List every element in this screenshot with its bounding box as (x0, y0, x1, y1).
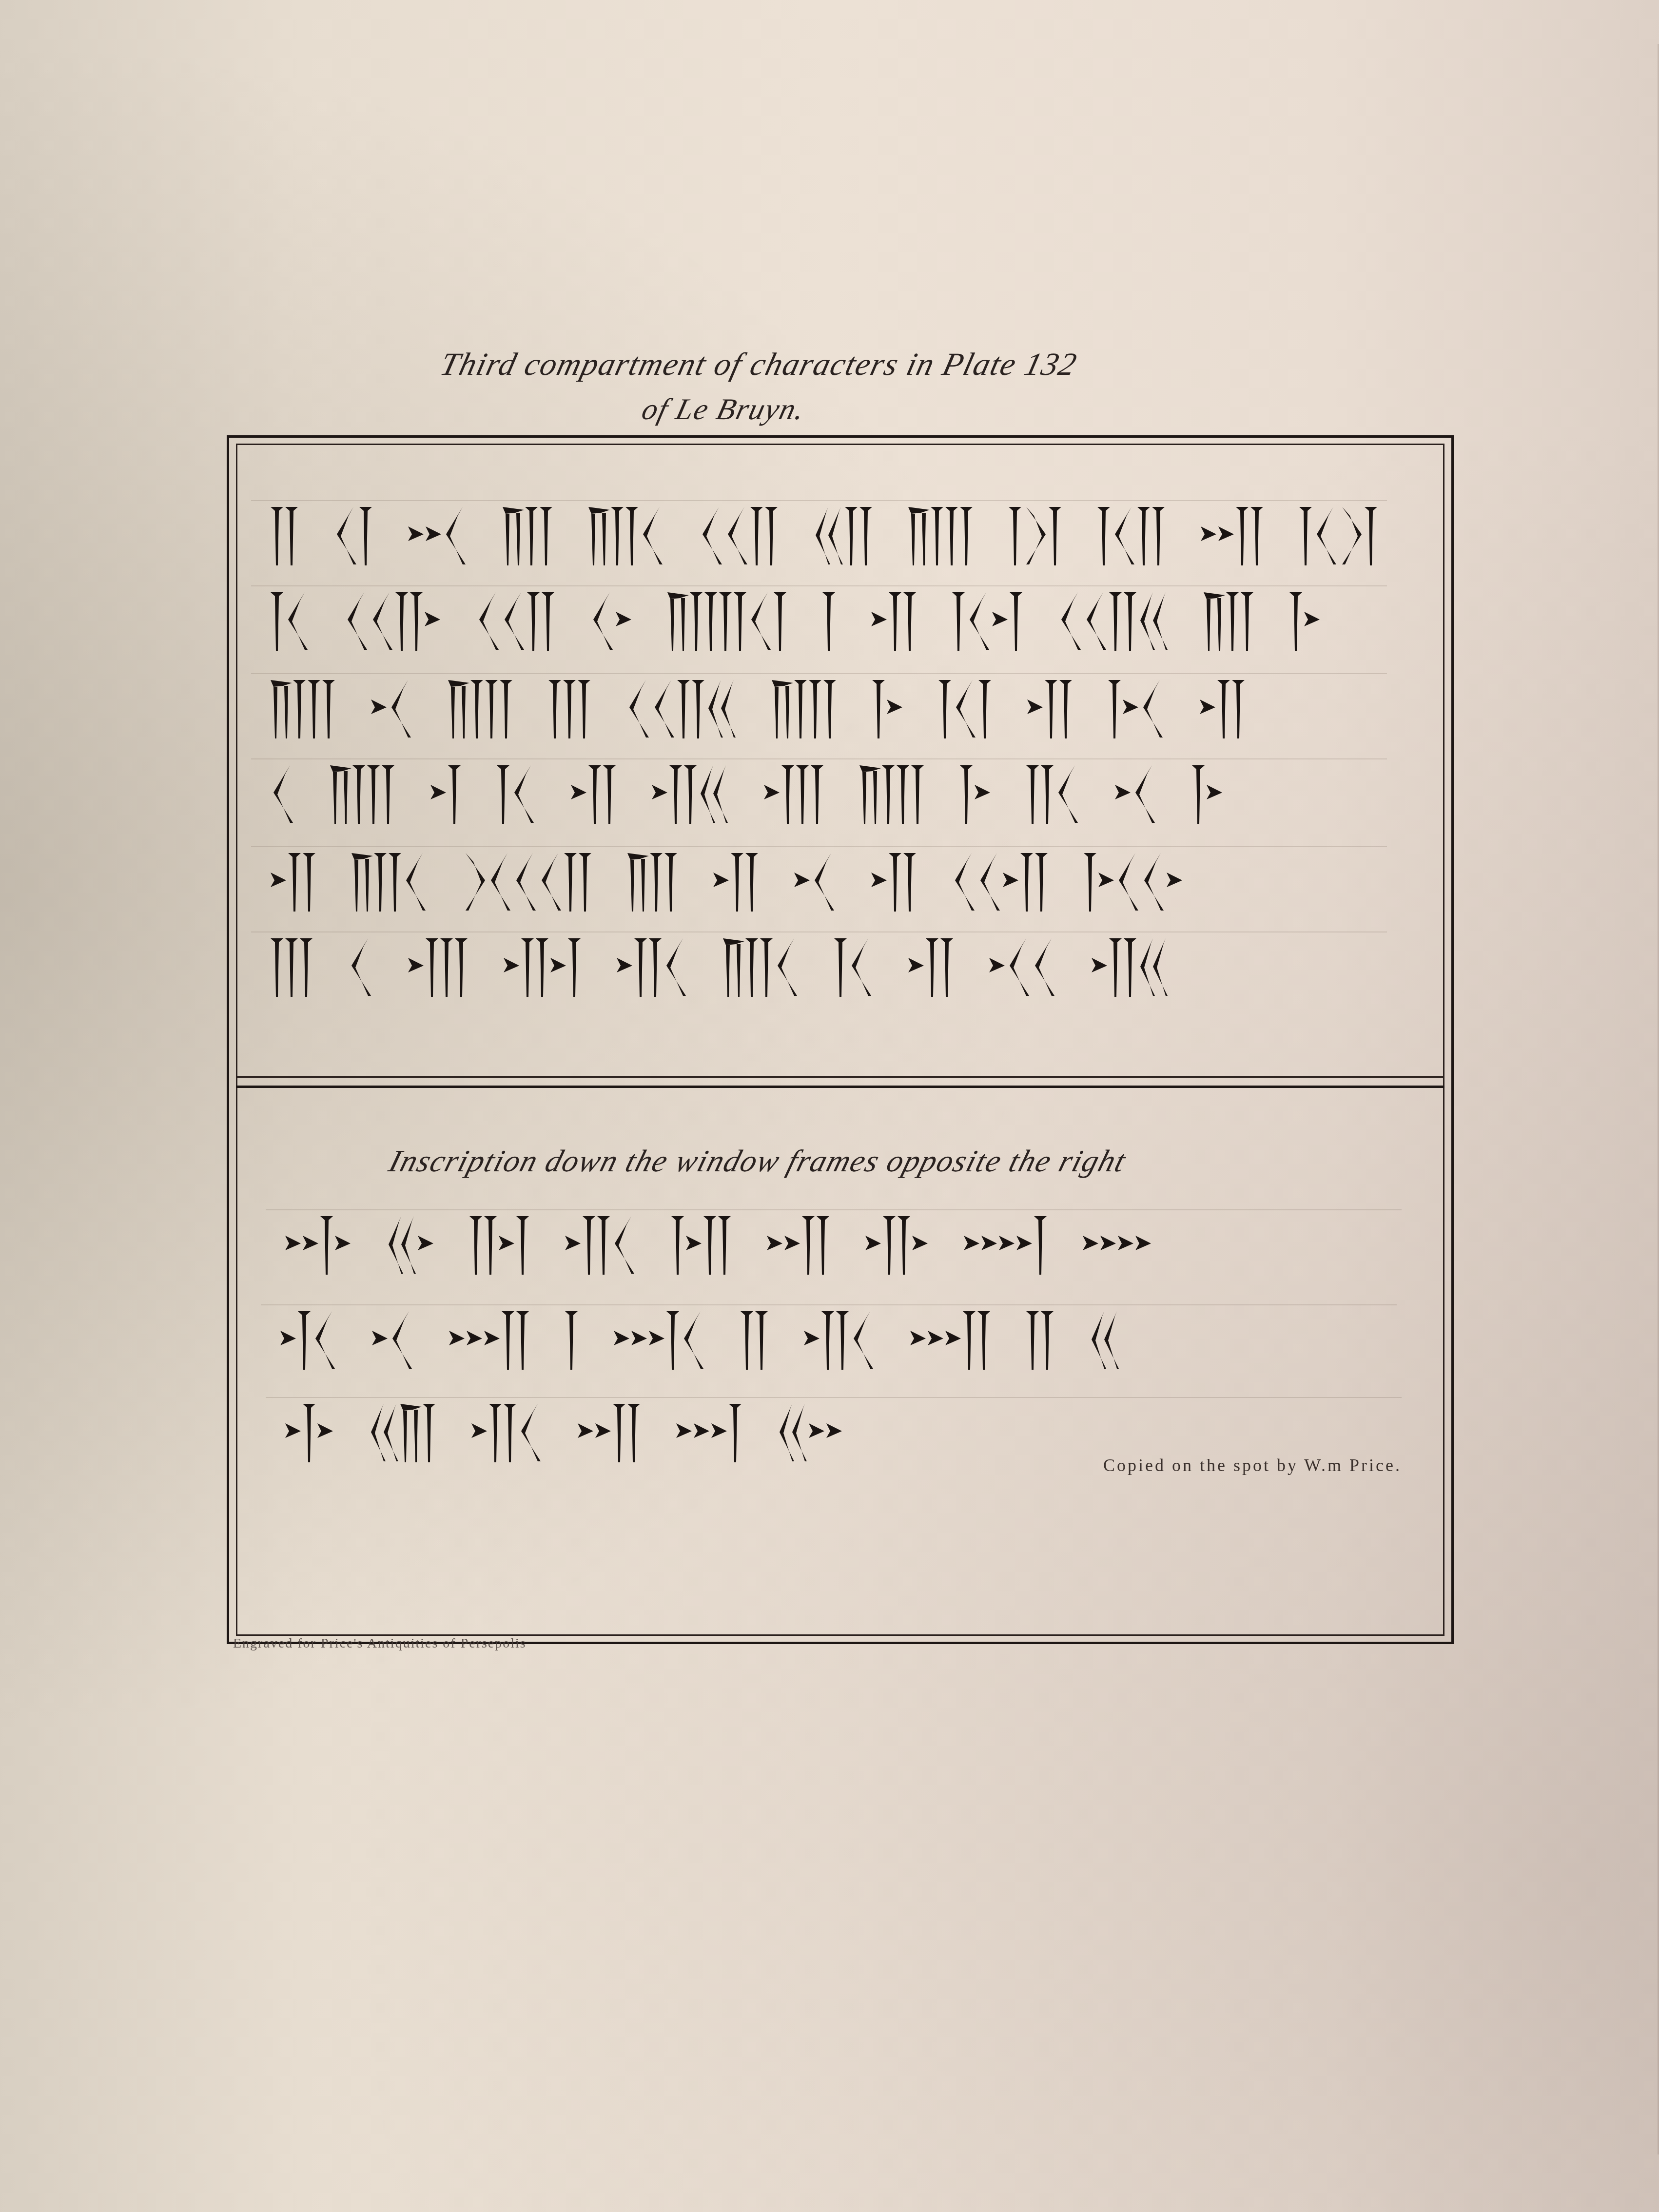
cuneiform-sign-icon (271, 765, 296, 826)
cuneiform-sign-icon (804, 1311, 876, 1372)
cuneiform-sign-icon (371, 680, 414, 741)
cuneiform-sign-icon (1058, 592, 1170, 653)
cuneiform-sign-icon (548, 680, 592, 741)
cuneiform-sign-icon (571, 765, 618, 826)
cuneiform-sign-icon (285, 1216, 352, 1277)
inscription-row (285, 1216, 1187, 1277)
cuneiform-sign-icon (351, 853, 429, 914)
cuneiform-sign-icon (1201, 507, 1265, 568)
cuneiform-sign-icon (497, 765, 537, 826)
guide-rule (261, 1304, 1397, 1305)
plate-subtitle: of Le Bruyn. (638, 392, 809, 427)
cuneiform-sign-icon (871, 592, 918, 653)
cuneiform-sign-icon (960, 765, 992, 826)
cuneiform-sign-icon (767, 1216, 831, 1277)
cuneiform-sign-icon (952, 853, 1050, 914)
cuneiform-sign-icon (617, 938, 689, 999)
cuneiform-sign-icon (676, 1404, 743, 1465)
engraved-credit: Engraved for Price's Antiquities of Pers… (233, 1636, 527, 1651)
guide-rule (266, 1397, 1402, 1398)
guide-rule (251, 500, 1387, 501)
cuneiform-sign-icon (271, 938, 314, 999)
cuneiform-sign-icon (271, 592, 311, 653)
guide-rule (266, 1209, 1402, 1210)
cuneiform-sign-icon (1192, 765, 1224, 826)
cuneiform-sign-icon (834, 938, 874, 999)
cuneiform-sign-icon (908, 938, 955, 999)
cuneiform-sign-icon (964, 1216, 1049, 1277)
inscription-row (271, 853, 1218, 914)
cuneiform-sign-icon (910, 1311, 992, 1372)
guide-rule (251, 846, 1387, 847)
cuneiform-sign-icon (449, 1311, 531, 1372)
cuneiform-sign-icon (285, 1404, 335, 1465)
cuneiform-sign-icon (822, 592, 837, 653)
plate-title: Third compartment of characters in Plate… (437, 346, 1081, 383)
cuneiform-sign-icon (627, 853, 679, 914)
cuneiform-sign-icon (372, 1311, 415, 1372)
cuneiform-sign-icon (1009, 507, 1063, 568)
cuneiform-sign-icon (349, 938, 374, 999)
guide-rule (251, 673, 1387, 674)
cuneiform-sign-icon (334, 507, 374, 568)
cuneiform-sign-icon (469, 1216, 531, 1277)
cuneiform-sign-icon (989, 938, 1057, 999)
cuneiform-sign-icon (614, 1311, 706, 1372)
cuneiform-sign-icon (430, 765, 463, 826)
cuneiform-sign-icon (865, 1216, 930, 1277)
cuneiform-sign-icon (565, 1311, 580, 1372)
cuneiform-sign-icon (952, 592, 1024, 653)
guide-rule (251, 931, 1387, 932)
cuneiform-sign-icon (1026, 765, 1081, 826)
cuneiform-sign-icon (713, 853, 760, 914)
cuneiform-sign-icon (578, 1404, 642, 1465)
cuneiform-sign-icon (271, 507, 300, 568)
inscription-row (271, 507, 1413, 568)
cuneiform-sign-icon (1115, 765, 1158, 826)
inscription-row (280, 1311, 1155, 1372)
cuneiform-sign-icon (1204, 592, 1255, 653)
cuneiform-sign-icon (1090, 1311, 1121, 1372)
cuneiform-sign-icon (1108, 680, 1166, 741)
inscription-row (271, 938, 1204, 999)
lower-panel-caption: Inscription down the window frames oppos… (385, 1143, 1131, 1179)
cuneiform-sign-icon (471, 1404, 544, 1465)
cuneiform-sign-icon (345, 592, 442, 653)
cuneiform-sign-icon (387, 1216, 435, 1277)
cuneiform-sign-icon (408, 938, 469, 999)
cuneiform-sign-icon (667, 592, 788, 653)
cuneiform-sign-icon (1027, 680, 1074, 741)
cuneiform-sign-icon (1083, 1216, 1153, 1277)
cuneiform-sign-icon (504, 938, 583, 999)
cuneiform-sign-icon (1299, 507, 1379, 568)
cuneiform-sign-icon (330, 765, 396, 826)
inscription-row (271, 592, 1356, 653)
cuneiform-sign-icon (671, 1216, 733, 1277)
guide-rule (251, 758, 1387, 759)
cuneiform-sign-icon (872, 680, 904, 741)
cuneiform-sign-icon (463, 853, 593, 914)
cuneiform-sign-icon (626, 680, 738, 741)
cuneiform-sign-icon (772, 680, 838, 741)
cuneiform-sign-icon (764, 765, 825, 826)
copied-credit: Copied on the spot by W.m Price. (1103, 1455, 1402, 1475)
cuneiform-sign-icon (814, 507, 874, 568)
cuneiform-sign-icon (503, 507, 554, 568)
cuneiform-sign-icon (1200, 680, 1247, 741)
cuneiform-sign-icon (590, 592, 633, 653)
cuneiform-sign-icon (1289, 592, 1322, 653)
cuneiform-sign-icon (408, 507, 468, 568)
cuneiform-sign-icon (448, 680, 514, 741)
cuneiform-sign-icon (476, 592, 556, 653)
cuneiform-sign-icon (652, 765, 730, 826)
cuneiform-sign-icon (280, 1311, 338, 1372)
cuneiform-sign-icon (271, 680, 337, 741)
cuneiform-sign-icon (1097, 507, 1167, 568)
cuneiform-sign-icon (908, 507, 975, 568)
inscription-row (285, 1404, 878, 1465)
cuneiform-sign-icon (565, 1216, 637, 1277)
cuneiform-sign-icon (369, 1404, 437, 1465)
cuneiform-sign-icon (794, 853, 837, 914)
cuneiform-sign-icon (741, 1311, 770, 1372)
cuneiform-sign-icon (778, 1404, 844, 1465)
cuneiform-sign-icon (859, 765, 926, 826)
cuneiform-sign-icon (700, 507, 780, 568)
cuneiform-sign-icon (1092, 938, 1170, 999)
cuneiform-sign-icon (271, 853, 317, 914)
panel-divider (236, 1076, 1444, 1088)
inscription-row (271, 680, 1281, 741)
guide-rule (251, 585, 1387, 586)
cuneiform-sign-icon (588, 507, 665, 568)
cuneiform-sign-icon (938, 680, 993, 741)
cuneiform-sign-icon (1084, 853, 1184, 914)
cuneiform-sign-icon (871, 853, 918, 914)
inscription-row (271, 765, 1258, 826)
cuneiform-sign-icon (723, 938, 800, 999)
cuneiform-sign-icon (1026, 1311, 1055, 1372)
